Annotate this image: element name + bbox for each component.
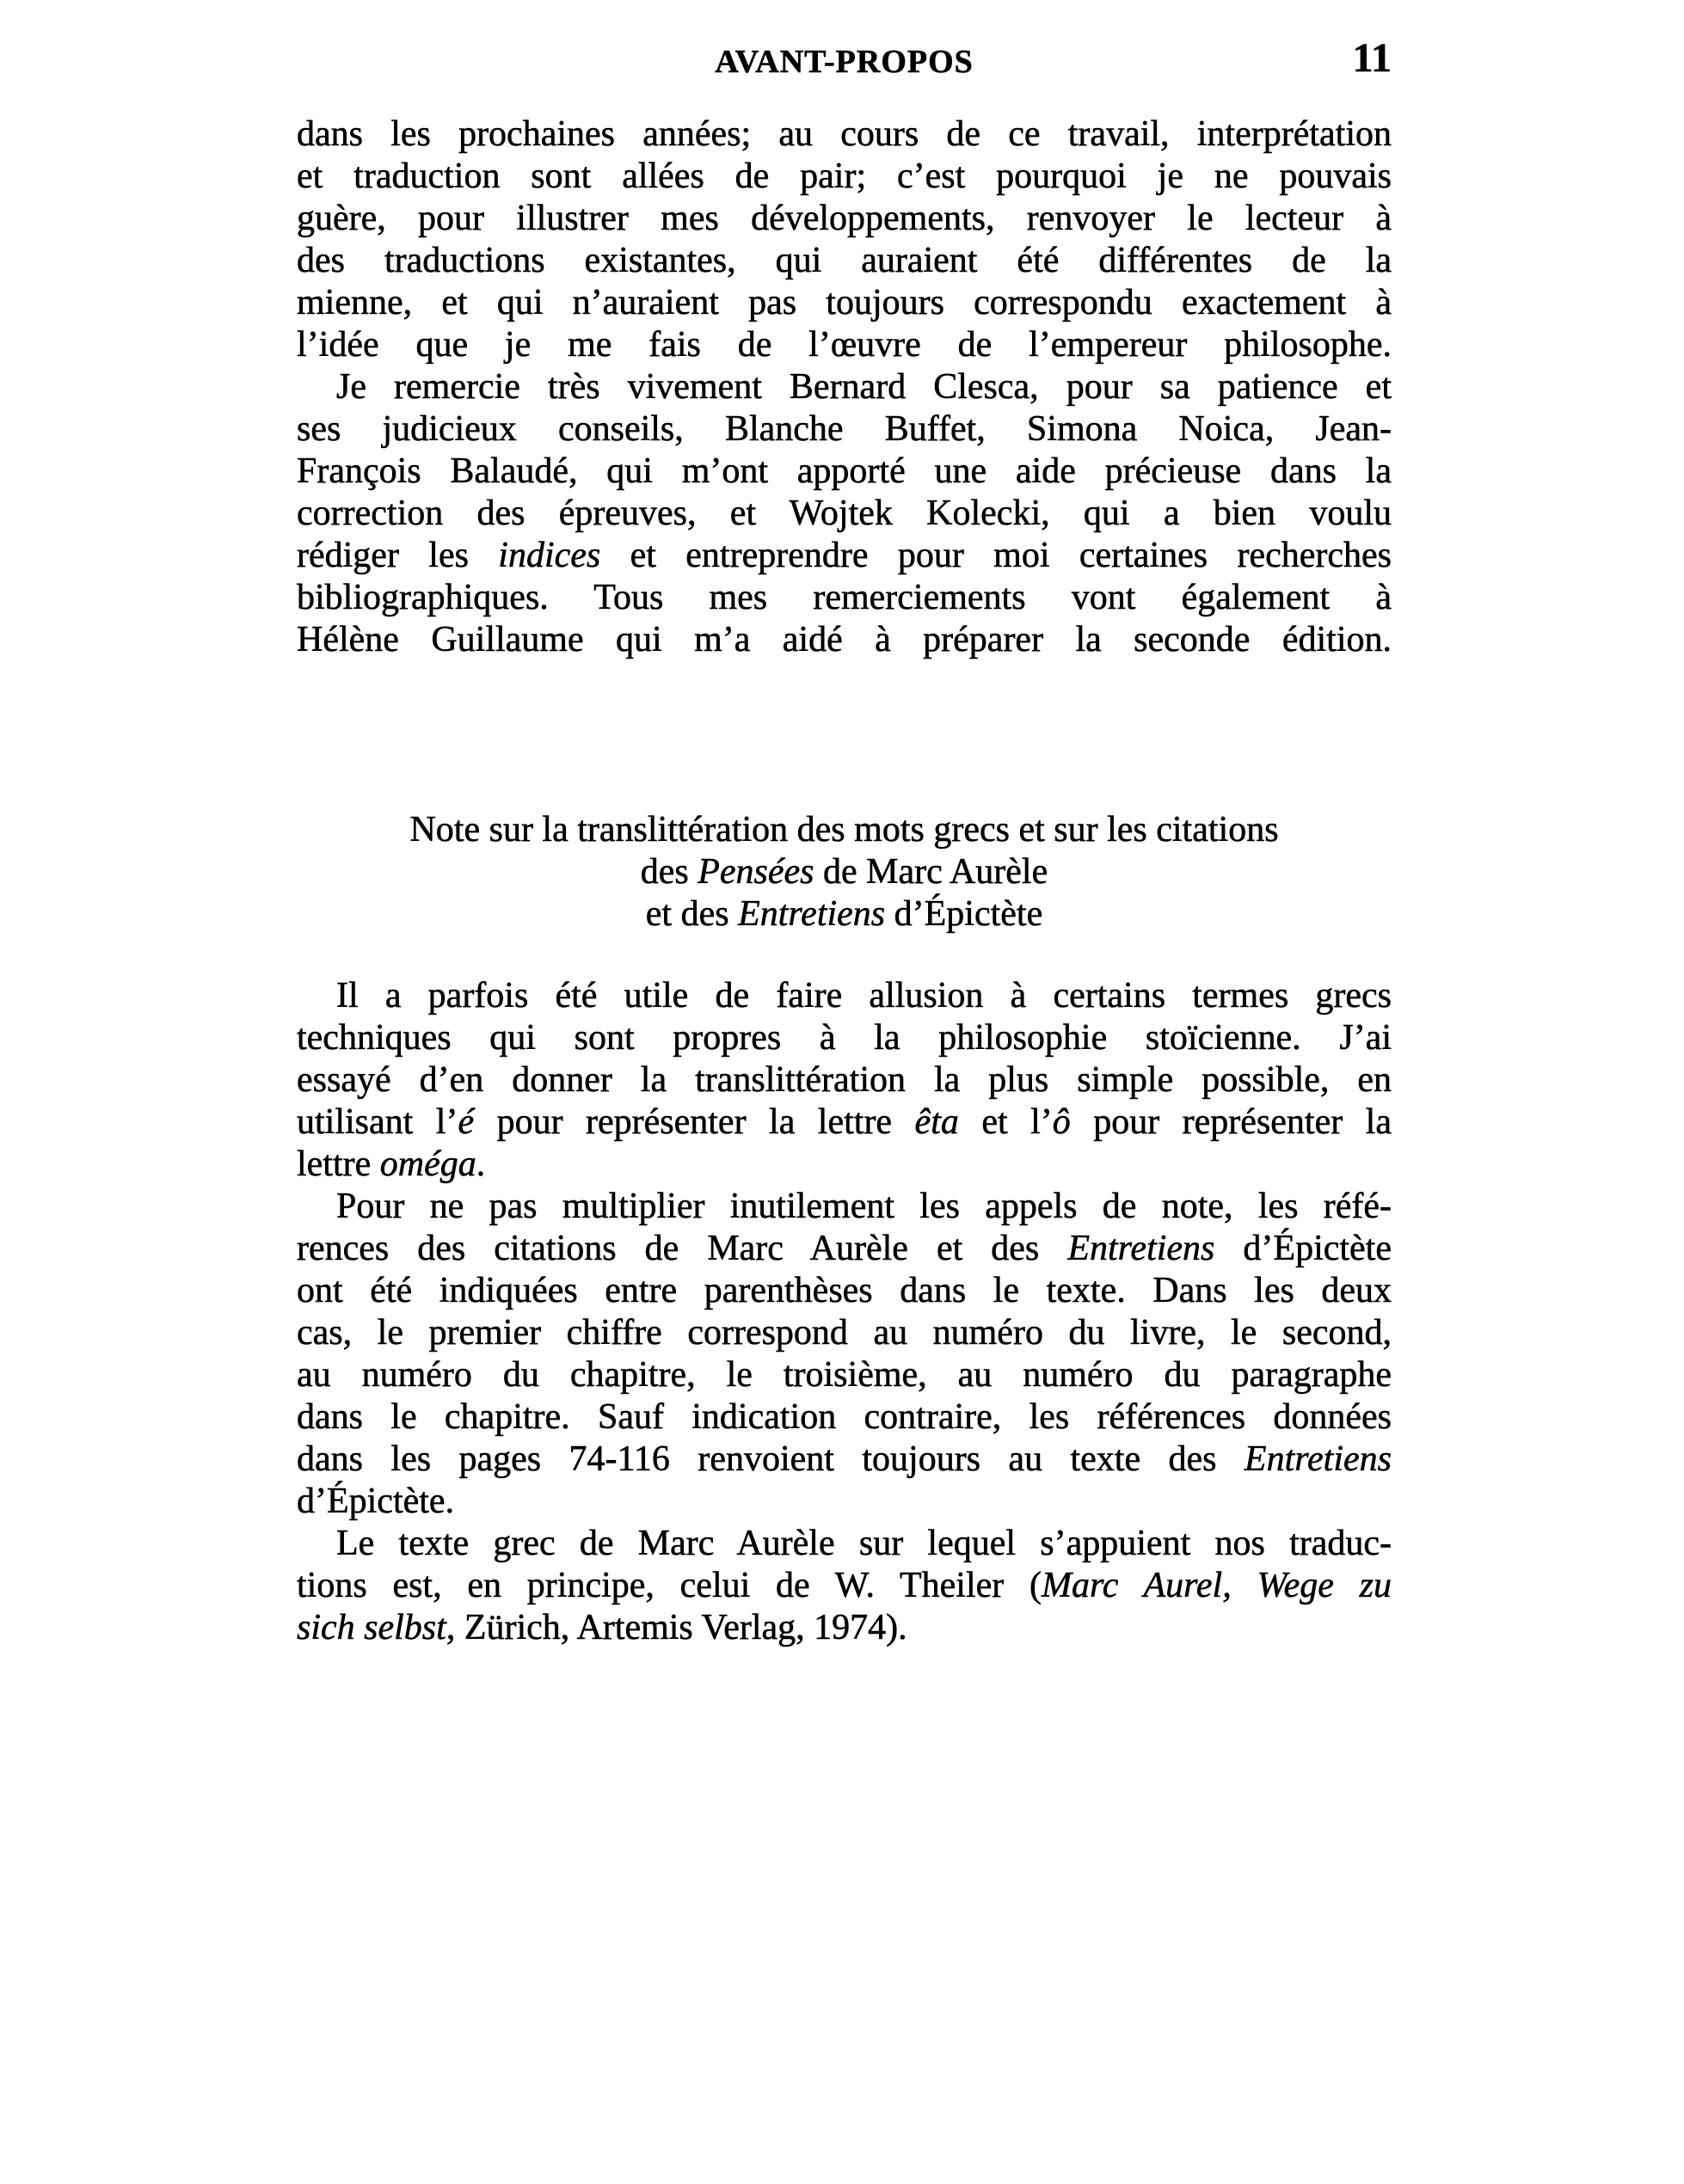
text-line: mienne, et qui n’auraient pas toujours c… bbox=[297, 282, 1392, 324]
text-line: correction des épreuves, et Wojtek Kolec… bbox=[297, 493, 1392, 535]
book-page: AVANT-PROPOS 11 dans les prochaines anné… bbox=[0, 0, 1684, 2184]
text-line: et des Entretiens d’Épictète bbox=[297, 893, 1392, 936]
text-line: ses judicieux conseils, Blanche Buffet, … bbox=[297, 408, 1392, 451]
text-line: bibliographiques. Tous mes remerciements… bbox=[297, 577, 1392, 619]
text-line: François Balaudé, qui m’ont apporté une … bbox=[297, 451, 1392, 493]
text-line: Je remercie très vivement Bernard Clesca… bbox=[297, 366, 1392, 408]
text-line: d’Épictète. bbox=[297, 1481, 1392, 1523]
content-area: dans les prochaines années; au cours de … bbox=[297, 113, 1392, 1649]
paragraph: Pour ne pas multiplier inutilement les a… bbox=[297, 1186, 1392, 1523]
text-line: tions est, en principe, celui de W. Thei… bbox=[297, 1565, 1392, 1607]
text-line: Hélène Guillaume qui m’a aidé à préparer… bbox=[297, 619, 1392, 661]
text-line: cas, le premier chiffre correspond au nu… bbox=[297, 1312, 1392, 1354]
paragraph: Il a parfois été utile de faire allusion… bbox=[297, 975, 1392, 1186]
text-line: ont été indiquées entre parenthèses dans… bbox=[297, 1270, 1392, 1312]
text-line: dans les pages 74-116 renvoient toujours… bbox=[297, 1439, 1392, 1481]
text-line: rences des citations de Marc Aurèle et d… bbox=[297, 1228, 1392, 1270]
text-line: Pour ne pas multiplier inutilement les a… bbox=[297, 1186, 1392, 1228]
text-line: utilisant l’é pour représenter la lettre… bbox=[297, 1101, 1392, 1144]
page-header: AVANT-PROPOS 11 bbox=[297, 40, 1392, 84]
text-line: des Pensées de Marc Aurèle bbox=[297, 851, 1392, 893]
text-line: rédiger les indices et entreprendre pour… bbox=[297, 535, 1392, 577]
paragraph: Je remercie très vivement Bernard Clesca… bbox=[297, 366, 1392, 661]
page-number: 11 bbox=[1353, 36, 1392, 81]
text-line: Le texte grec de Marc Aurèle sur lequel … bbox=[297, 1523, 1392, 1565]
text-line: et traduction sont allées de pair; c’est… bbox=[297, 156, 1392, 198]
text-line: techniques qui sont propres à la philoso… bbox=[297, 1017, 1392, 1059]
text-line: guère, pour illustrer mes développements… bbox=[297, 198, 1392, 240]
text-line: dans les prochaines années; au cours de … bbox=[297, 113, 1392, 156]
text-line: essayé d’en donner la translittération l… bbox=[297, 1059, 1392, 1101]
text-line: l’idée que je me fais de l’œuvre de l’em… bbox=[297, 324, 1392, 366]
section-heading: Note sur la translittération des mots gr… bbox=[297, 809, 1392, 936]
text-line: Note sur la translittération des mots gr… bbox=[297, 809, 1392, 851]
text-line: Il a parfois été utile de faire allusion… bbox=[297, 975, 1392, 1017]
running-title: AVANT-PROPOS bbox=[297, 40, 1392, 84]
text-line: des traductions existantes, qui auraient… bbox=[297, 240, 1392, 282]
paragraph: Le texte grec de Marc Aurèle sur lequel … bbox=[297, 1523, 1392, 1649]
text-line: lettre oméga. bbox=[297, 1144, 1392, 1186]
text-line: sich selbst, Zürich, Artemis Verlag, 197… bbox=[297, 1607, 1392, 1649]
text-line: dans le chapitre. Sauf indication contra… bbox=[297, 1396, 1392, 1439]
text-line: au numéro du chapitre, le troisième, au … bbox=[297, 1354, 1392, 1396]
paragraph: dans les prochaines années; au cours de … bbox=[297, 113, 1392, 366]
